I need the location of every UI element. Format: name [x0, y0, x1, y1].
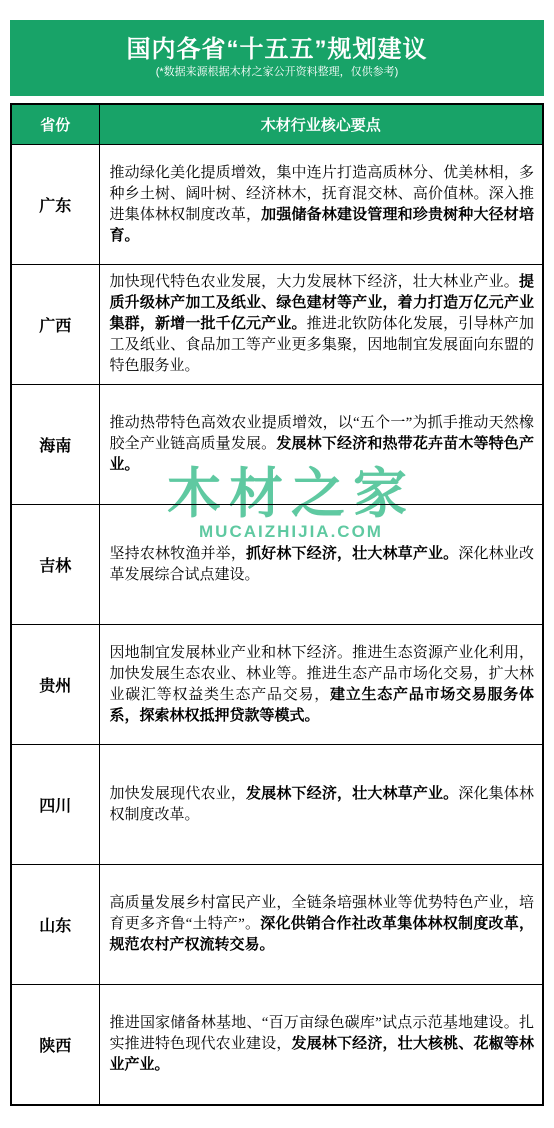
- points-segment: 坚持农林牧渔并举，: [110, 546, 247, 562]
- points-cell: 加快发展现代农业，发展林下经济，壮大林草产业。深化集体林权制度改革。: [99, 745, 543, 865]
- points-segment-bold: 发展林下经济，壮大林草产业。: [246, 786, 458, 802]
- points-cell: 高质量发展乡村富民产业，全链条培强林业等优势特色产业，培育更多齐鲁“土特产”。深…: [99, 865, 543, 985]
- points-segment: 加快现代特色农业发展，大力发展林下经济，壮大林业产业。: [110, 274, 519, 290]
- table-row: 贵州 因地制宜发展林业产业和林下经济。推进生态资源产业化利用，加快发展生态农业、…: [11, 625, 543, 745]
- table-row: 陕西 推进国家储备林基地、“百万亩绿色碳库”试点示范基地建设。扎实推进特色现代农…: [11, 985, 543, 1105]
- points-cell: 推动热带特色高效农业提质增效，以“五个一”为抓手推动天然橡胶全产业链高质量发展。…: [99, 385, 543, 505]
- table-header-row: 省份 木材行业核心要点: [11, 104, 543, 145]
- province-cell: 山东: [11, 865, 99, 985]
- points-cell: 坚持农林牧渔并举，抓好林下经济，壮大林草产业。深化林业改革发展综合试点建设。: [99, 505, 543, 625]
- province-cell: 广西: [11, 265, 99, 385]
- points-segment: 加快发展现代农业，: [110, 786, 247, 802]
- table-row: 广西 加快现代特色农业发展，大力发展林下经济，壮大林业产业。提质升级林产加工及纸…: [11, 265, 543, 385]
- points-cell: 加快现代特色农业发展，大力发展林下经济，壮大林业产业。提质升级林产加工及纸业、绿…: [99, 265, 543, 385]
- column-header-points: 木材行业核心要点: [99, 104, 543, 145]
- table-row: 四川 加快发展现代农业，发展林下经济，壮大林草产业。深化集体林权制度改革。: [11, 745, 543, 865]
- points-cell: 因地制宜发展林业产业和林下经济。推进生态资源产业化利用，加快发展生态农业、林业等…: [99, 625, 543, 745]
- table-row: 广东 推动绿化美化提质增效，集中连片打造高质林分、优美林相，多种乡土树、阔叶树、…: [11, 145, 543, 265]
- province-cell: 广东: [11, 145, 99, 265]
- plan-table: 省份 木材行业核心要点 广东 推动绿化美化提质增效，集中连片打造高质林分、优美林…: [10, 103, 544, 1106]
- province-cell: 四川: [11, 745, 99, 865]
- title-banner: 国内各省“十五五”规划建议 (*数据来源根据木材之家公开资料整理，仅供参考): [10, 20, 544, 96]
- page: 国内各省“十五五”规划建议 (*数据来源根据木材之家公开资料整理，仅供参考) 木…: [0, 0, 554, 1128]
- points-cell: 推进国家储备林基地、“百万亩绿色碳库”试点示范基地建设。扎实推进特色现代农业建设…: [99, 985, 543, 1105]
- province-cell: 陕西: [11, 985, 99, 1105]
- table-row: 海南 推动热带特色高效农业提质增效，以“五个一”为抓手推动天然橡胶全产业链高质量…: [11, 385, 543, 505]
- page-title: 国内各省“十五五”规划建议: [127, 38, 428, 62]
- page-subtitle: (*数据来源根据木材之家公开资料整理，仅供参考): [156, 67, 399, 78]
- province-cell: 吉林: [11, 505, 99, 625]
- province-cell: 海南: [11, 385, 99, 505]
- table-container: 木材之家 MUCAIZHIJIA.COM 省份 木材行业核心要点 广东 推动绿化…: [10, 103, 544, 1106]
- table-row: 吉林 坚持农林牧渔并举，抓好林下经济，壮大林草产业。深化林业改革发展综合试点建设…: [11, 505, 543, 625]
- province-cell: 贵州: [11, 625, 99, 745]
- points-segment-bold: 抓好林下经济，壮大林草产业。: [246, 546, 458, 562]
- column-header-province: 省份: [11, 104, 99, 145]
- table-row: 山东 高质量发展乡村富民产业，全链条培强林业等优势特色产业，培育更多齐鲁“土特产…: [11, 865, 543, 985]
- points-cell: 推动绿化美化提质增效，集中连片打造高质林分、优美林相，多种乡土树、阔叶树、经济林…: [99, 145, 543, 265]
